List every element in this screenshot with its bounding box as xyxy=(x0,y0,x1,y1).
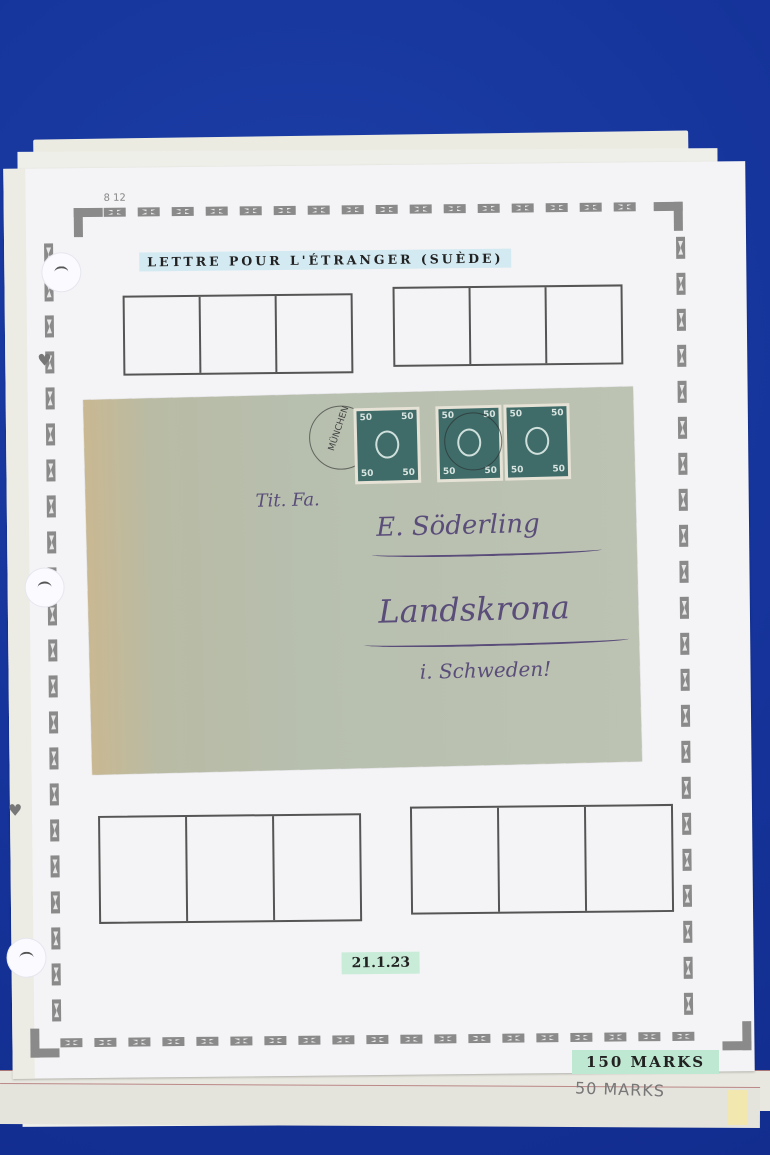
border-ornament xyxy=(682,777,691,799)
price-label: 150 MARKS xyxy=(572,1050,719,1074)
punch-hole-reinforcement xyxy=(25,568,63,606)
border-ornament xyxy=(570,1033,592,1042)
border-ornament xyxy=(162,1037,184,1046)
stamp-frame-bottom-left xyxy=(98,813,362,924)
border-ornament xyxy=(51,927,60,949)
date-label: 21.1.23 xyxy=(341,952,420,975)
border-ornament xyxy=(172,207,194,216)
postal-cover-envelope: MÜNCHEN 50505050 50505050 50505050 Tit. … xyxy=(83,387,642,775)
border-ornament xyxy=(679,489,688,511)
border-ornament xyxy=(50,783,59,805)
border-ornament xyxy=(49,711,58,733)
border-ornament xyxy=(274,206,296,215)
border-ornament xyxy=(672,1032,694,1041)
page-title-label: LETTRE POUR L'ÉTRANGER (SUÈDE) xyxy=(139,249,511,272)
address-country: i. Schweden! xyxy=(420,657,552,684)
heart-sticker-icon: ♥ xyxy=(37,350,52,369)
border-ornament xyxy=(196,1037,218,1046)
stamp-frame-top-left xyxy=(123,293,354,375)
address-city: Landskrona xyxy=(378,588,570,631)
border-ornament xyxy=(677,345,686,367)
border-ornament xyxy=(681,705,690,727)
border-ornament xyxy=(51,891,60,913)
border-ornament xyxy=(444,204,466,213)
border-corner-bottom-left xyxy=(30,1028,59,1057)
border-ornament xyxy=(681,669,690,691)
border-ornament xyxy=(676,237,685,259)
border-ornament xyxy=(502,1034,524,1043)
index-tab xyxy=(728,1090,748,1125)
border-ornament xyxy=(48,603,57,625)
stamp-slot xyxy=(125,297,202,374)
stamp-slot xyxy=(412,808,500,913)
border-ornament xyxy=(680,633,689,655)
posthorn-icon xyxy=(525,427,550,456)
border-ornament xyxy=(45,315,54,337)
border-ornament xyxy=(638,1032,660,1041)
border-ornament xyxy=(604,1032,626,1041)
border-ornament xyxy=(400,1035,422,1044)
border-ornament xyxy=(104,208,126,217)
stamp: 50505050 xyxy=(503,403,571,481)
underline xyxy=(372,545,602,559)
stamp-slot xyxy=(547,286,622,363)
border-ornament xyxy=(677,309,686,331)
border-ornament xyxy=(678,417,687,439)
stamp-slot xyxy=(586,806,672,911)
border-ornament xyxy=(308,205,330,214)
border-ornament xyxy=(410,204,432,213)
border-right xyxy=(676,237,693,1015)
border-ornament xyxy=(512,203,534,212)
stamp-frame-top-right xyxy=(393,284,624,366)
border-ornament xyxy=(376,205,398,214)
border-ornament xyxy=(52,963,61,985)
border-ornament xyxy=(49,675,58,697)
border-bottom xyxy=(60,1032,694,1048)
punch-hole-reinforcement xyxy=(42,253,80,291)
border-ornament xyxy=(546,203,568,212)
border-corner-top-left xyxy=(74,208,103,237)
border-ornament xyxy=(48,639,57,661)
stamp-slot xyxy=(187,816,275,921)
pencil-reference: 8 12 xyxy=(104,193,126,204)
border-ornament xyxy=(680,597,689,619)
stamp: 50505050 xyxy=(353,407,421,485)
border-ornament xyxy=(614,202,636,211)
border-ornament xyxy=(684,957,693,979)
posthorn-icon xyxy=(375,430,400,459)
border-ornament xyxy=(230,1036,252,1045)
album-page: 8 12 ♥ ♥ LETTRE POUR L'ÉTRANGER (SUÈDE) … xyxy=(3,161,754,1079)
border-ornament xyxy=(580,203,602,212)
border-ornament xyxy=(47,531,56,553)
border-ornament xyxy=(678,381,687,403)
border-ornament xyxy=(206,207,228,216)
stamp-slot xyxy=(201,296,278,373)
border-ornament xyxy=(332,1035,354,1044)
heart-sticker-icon: ♥ xyxy=(8,801,23,820)
border-ornament xyxy=(46,387,55,409)
border-ornament xyxy=(46,423,55,445)
border-ornament xyxy=(138,207,160,216)
border-top xyxy=(104,202,636,217)
border-ornament xyxy=(682,849,691,871)
border-ornament xyxy=(240,206,262,215)
stamp-frame-bottom-right xyxy=(410,804,674,915)
stamp-slot xyxy=(274,815,360,920)
address-prefix: Tit. Fa. xyxy=(255,489,320,512)
address-name: E. Söderling xyxy=(376,509,540,543)
border-ornament xyxy=(298,1036,320,1045)
stamp-slot xyxy=(471,287,548,364)
border-ornament xyxy=(678,453,687,475)
underline xyxy=(364,635,629,649)
border-ornament xyxy=(47,495,56,517)
border-ornament xyxy=(49,747,58,769)
border-ornament xyxy=(434,1034,456,1043)
border-ornament xyxy=(366,1035,388,1044)
border-corner-top-right xyxy=(654,202,683,231)
border-ornament xyxy=(52,999,61,1021)
border-ornament xyxy=(264,1036,286,1045)
border-ornament xyxy=(46,459,55,481)
border-ornament xyxy=(676,273,685,295)
border-corner-bottom-right xyxy=(722,1021,751,1050)
border-ornament xyxy=(682,813,691,835)
stamp-slot xyxy=(499,807,587,912)
border-ornament xyxy=(536,1033,558,1042)
border-ornament xyxy=(50,819,59,841)
border-ornament xyxy=(50,855,59,877)
stamp-slot xyxy=(100,817,188,922)
stamp-slot xyxy=(277,295,352,372)
border-ornament xyxy=(128,1037,150,1046)
border-ornament xyxy=(60,1038,82,1047)
border-ornament xyxy=(681,741,690,763)
border-ornament xyxy=(679,525,688,547)
border-ornament xyxy=(679,561,688,583)
border-ornament xyxy=(468,1034,490,1043)
border-ornament xyxy=(478,204,500,213)
border-ornament xyxy=(94,1038,116,1047)
stamp-slot xyxy=(395,288,472,365)
pencil-note-below: 50 MARKS xyxy=(575,1078,666,1100)
border-ornament xyxy=(684,993,693,1015)
border-ornament xyxy=(342,205,364,214)
punch-hole-reinforcement xyxy=(7,939,45,977)
border-ornament xyxy=(683,921,692,943)
border-ornament xyxy=(683,885,692,907)
